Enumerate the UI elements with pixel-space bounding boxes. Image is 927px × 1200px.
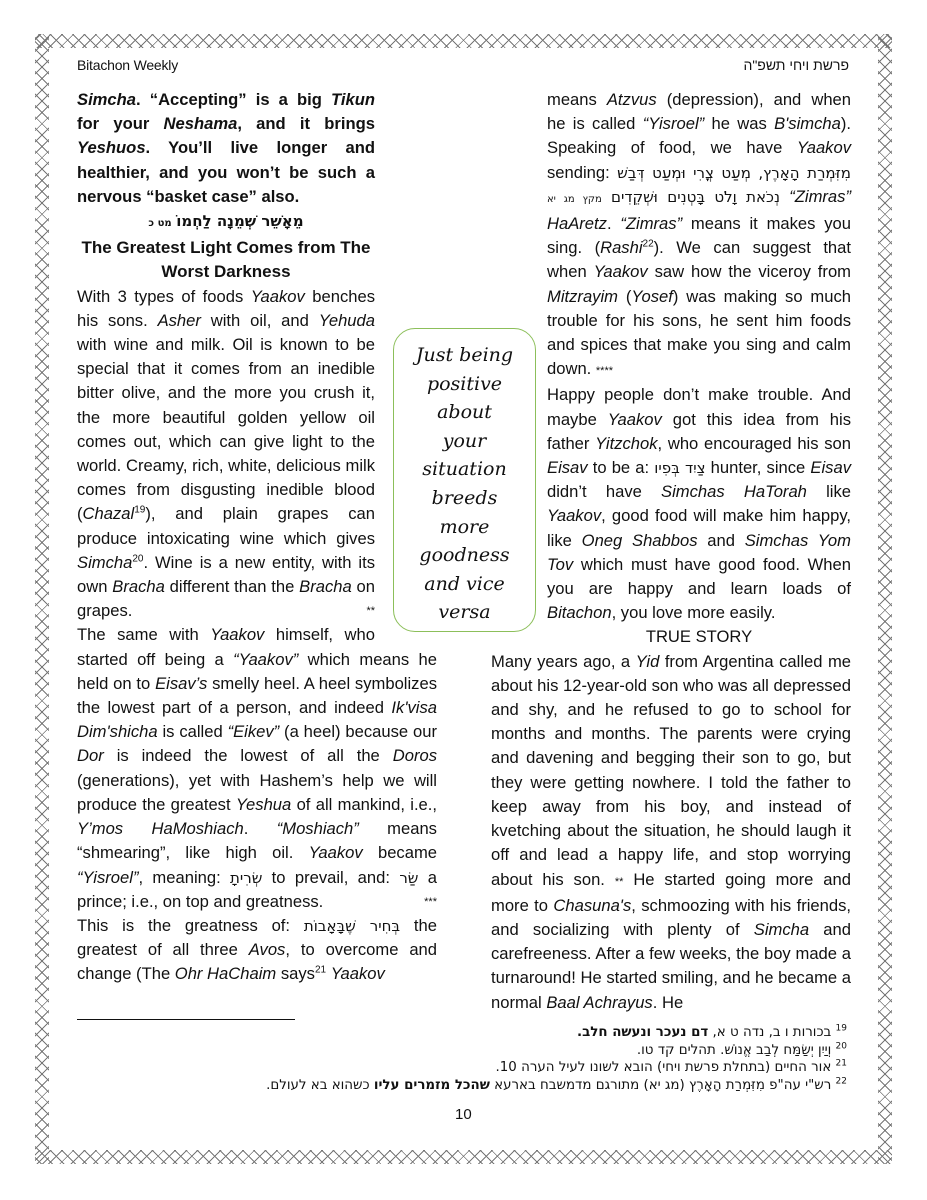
footnote-19: 19 בכורות ו ב, נדה ט א, דם נעכר ונעשה חל…: [266, 1024, 847, 1042]
story-heading: TRUE STORY: [491, 625, 851, 649]
section-separator: ****: [596, 365, 613, 377]
text-span: שהכל מזמרים עליו: [374, 1078, 490, 1093]
text-span: Mitzrayim: [547, 287, 618, 306]
text-span: hunter, since: [706, 458, 811, 477]
text-span: Yaakov: [608, 410, 662, 429]
text-span: With 3 types of foods: [77, 287, 251, 306]
text-span: Chazal: [83, 504, 135, 523]
text-span: Yeshua: [236, 795, 291, 814]
text-span: , meaning:: [138, 868, 230, 887]
text-span: בְּחִיר שֶׁבָּאָבוֹת: [304, 917, 400, 935]
text-span: “Yaakov”: [233, 650, 298, 669]
text-span: .: [607, 214, 620, 233]
left-column: Simcha. “Accepting” is a big Tikun for y…: [77, 88, 437, 987]
decorative-border-bottom: [35, 1150, 892, 1164]
text-span: 22: [836, 1076, 847, 1086]
text-span: צַיִד בְּפִיו: [654, 459, 705, 477]
text-span: Neshama: [164, 114, 238, 133]
text-span: sending:: [547, 163, 617, 182]
text-span: means: [547, 90, 607, 109]
text-span: Yaakov: [210, 625, 264, 644]
hebrew-verse-title: מֵאָשֵׁר שְׁמֵנָה לַחְמוֹ מט כ: [77, 209, 437, 236]
text-span: Eisav’s: [155, 674, 207, 693]
text-span: , you love more easily.: [612, 603, 776, 622]
text-span: Yosef: [631, 287, 673, 306]
footnote-21: 21 אור החיים (בתחלת פרשת ויחי) הובא לשונ…: [266, 1059, 847, 1077]
text-span: שַׂר: [399, 869, 418, 887]
text-span: Rashi: [600, 238, 642, 257]
text-span: .: [244, 819, 277, 838]
section-separator: ***: [424, 890, 437, 914]
text-span: דם נעכר ונעשה חלב.: [577, 1025, 708, 1040]
text-span: , and it brings: [237, 114, 375, 133]
text-span: Yaakov: [547, 506, 601, 525]
text-span: Eisav: [810, 458, 851, 477]
text-span: Ohr HaChaim: [175, 964, 276, 983]
footnote-divider: [77, 1019, 295, 1020]
newsletter-title: Bitachon Weekly: [77, 57, 178, 73]
text-span: Yeshuos: [77, 138, 146, 157]
text-span: 21: [836, 1059, 847, 1069]
text-span: Oneg Shabbos: [582, 531, 698, 550]
text-span: is called: [158, 722, 228, 741]
text-span: Bracha: [112, 577, 165, 596]
paragraph-greatness: This is the greatness of: בְּחִיר שֶׁבָּ…: [77, 914, 437, 987]
verse-reference: מקץ מג יא: [547, 194, 602, 205]
text-span: This is the greatness of:: [77, 916, 304, 935]
decorative-border-top: [35, 34, 892, 48]
decorative-border-right: [878, 34, 892, 1164]
text-span: “Zimras”: [620, 214, 682, 233]
text-span: for your: [77, 114, 164, 133]
callout-line: Just being: [394, 341, 535, 370]
callout-line: breeds: [394, 484, 535, 513]
text-span: Yaakov: [251, 287, 305, 306]
text-span: Tikun: [331, 90, 375, 109]
text-span: he was: [704, 114, 774, 133]
text-span: with wine and milk. Oil is known to be s…: [77, 335, 375, 523]
text-span: Yaakov: [594, 262, 648, 281]
text-span: says: [276, 964, 315, 983]
text-span: of all mankind, i.e.,: [291, 795, 437, 814]
text-span: . He: [653, 993, 683, 1012]
parsha-title: פרשת ויחי תשפ"ה: [743, 57, 849, 73]
callout-line: versa: [394, 598, 535, 627]
text-span: to be a:: [588, 458, 655, 477]
text-span: אור החיים (בתחלת פרשת ויחי) הובא לשונו ל…: [496, 1060, 832, 1075]
text-span: Yitzchok: [595, 434, 657, 453]
callout-line: more: [394, 513, 535, 542]
text-span: וְיַיִן יְשַׂמַּח לְבַב אֱנוֹשׁ. תהלים ק…: [637, 1043, 831, 1058]
text-span: Doros: [393, 746, 437, 765]
callout-line: about: [394, 398, 535, 427]
text-span: Simcha: [77, 90, 136, 109]
text-span: , who encouraged his son: [658, 434, 851, 453]
text-span: בכורות ו ב, נדה ט א,: [708, 1025, 831, 1040]
paragraph-true-story: Many years ago, a Yid from Argentina cal…: [491, 650, 851, 1015]
text-span: Simcha: [754, 920, 809, 939]
text-span: Bracha: [299, 577, 352, 596]
text-span: “Yisroel”: [77, 868, 138, 887]
text-span: The same with: [77, 625, 210, 644]
text-span: Chasuna's: [553, 896, 631, 915]
callout-line: situation: [394, 455, 535, 484]
callout-line: positive: [394, 370, 535, 399]
text-span: Baal Achrayus: [546, 993, 652, 1012]
text-span: 19: [836, 1024, 847, 1034]
paragraph-yaakov: The same with Yaakov himself, who starte…: [77, 623, 437, 913]
page-number: 10: [455, 1106, 472, 1123]
text-span: Bitachon: [547, 603, 612, 622]
callout-line: your: [394, 427, 535, 456]
text-span: “Moshiach”: [277, 819, 359, 838]
verse-reference: מט כ: [148, 218, 171, 229]
callout-line: goodness: [394, 541, 535, 570]
footnote-22: 22 רש"י עה"פ מִזִּמְרַת הָאָרֶץ (מג יא) …: [266, 1077, 847, 1095]
section-title: The Greatest Light Comes from The Worst …: [77, 236, 437, 284]
decorative-border-left: [35, 34, 49, 1164]
text-span: Eisav: [547, 458, 588, 477]
footnotes: 19 בכורות ו ב, נדה ט א, דם נעכר ונעשה חל…: [266, 1024, 847, 1094]
text-span: (a heel) because our: [279, 722, 437, 741]
hebrew-verse: מֵאָשֵׁר שְׁמֵנָה לַחְמוֹ: [176, 212, 303, 230]
text-span: like: [807, 482, 851, 501]
text-span: to prevail, and:: [262, 868, 399, 887]
text-span: רש"י עה"פ מִזִּמְרַת הָאָרֶץ (מג יא) מתו…: [490, 1078, 831, 1093]
text-span: Asher: [158, 311, 201, 330]
footnote-ref-19[interactable]: 19: [134, 505, 145, 516]
footnote-ref-20[interactable]: 20: [132, 553, 143, 564]
intro-paragraph: Simcha. “Accepting” is a big Tikun for y…: [77, 88, 437, 209]
text-span: Dor: [77, 746, 104, 765]
callout-line: and vice: [394, 570, 535, 599]
text-span: Atzvus: [607, 90, 657, 109]
text-span: “Yisroel”: [643, 114, 704, 133]
text-span: [780, 187, 789, 206]
text-span: Yaakov: [309, 843, 363, 862]
right-column: means Atzvus (depression), and when he i…: [491, 88, 851, 1015]
text-span: (: [618, 287, 631, 306]
section-separator: **: [366, 599, 375, 623]
text-span: Simcha: [77, 553, 132, 572]
text-span: didn’t have: [547, 482, 661, 501]
text-span: Simchas HaTorah: [661, 482, 807, 501]
footnote-ref-21[interactable]: 21: [315, 965, 326, 976]
text-span: כשהוא בא לעולם.: [266, 1078, 374, 1093]
text-span: different than the: [165, 577, 299, 596]
text-span: Yaakov: [797, 138, 851, 157]
text-span: 20: [836, 1041, 847, 1051]
text-span: and: [698, 531, 745, 550]
text-span: Yid: [636, 652, 660, 671]
text-span: Avos: [249, 940, 286, 959]
text-span: with oil, and: [201, 311, 319, 330]
text-span: from Argentina called me about his 12-ye…: [491, 652, 851, 889]
footnote-ref-22[interactable]: 22: [643, 239, 654, 250]
text-span: became: [363, 843, 437, 862]
footnote-20: 20 וְיַיִן יְשַׂמַּח לְבַב אֱנוֹשׁ. תהלי…: [266, 1042, 847, 1060]
text-span: is indeed the lowest of all the: [104, 746, 393, 765]
text-span: Yaakov: [331, 964, 385, 983]
text-span: which must have good food. When you are …: [547, 555, 851, 598]
text-span: Yehuda: [319, 311, 375, 330]
text-span: B'simcha: [774, 114, 841, 133]
text-span: . “Accepting” is a big: [136, 90, 331, 109]
text-span: שְׂרִיתָ: [230, 869, 262, 887]
text-span: Many years ago, a: [491, 652, 636, 671]
pull-quote-callout: Just being positive about your situation…: [393, 328, 536, 632]
text-span: saw how the viceroy from: [648, 262, 851, 281]
text-span: Y’mos HaMoshiach: [77, 819, 244, 838]
text-span: “Eikev”: [228, 722, 280, 741]
